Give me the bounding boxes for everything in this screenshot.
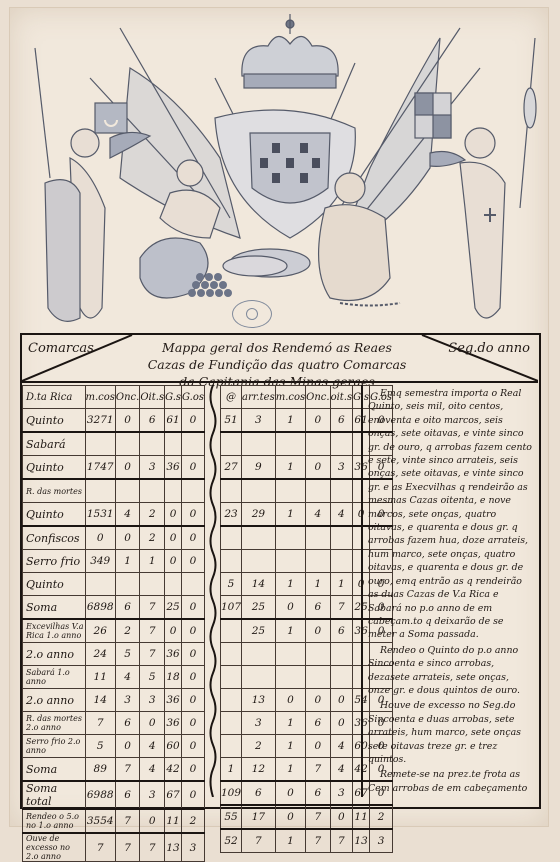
row-label: Soma [23,758,86,782]
table-cell [242,666,276,689]
col-header: G.s [165,386,182,409]
table-row: Quinto174703360 [23,456,205,480]
table-cell [165,479,182,503]
ornamental-brace [206,385,220,797]
table-cell: 7 [330,596,353,620]
row-label: Quinto [23,409,86,433]
table-cell: 42 [165,758,182,782]
table-cell: 51 [221,409,242,433]
library-stamp [232,300,272,328]
table-cell: 0 [182,758,205,782]
table-cell: 7 [306,805,330,829]
table-cell [182,479,205,503]
table-cell: 5 [221,573,242,596]
left-ledger-table: D.ta Rica m.cos Onc. Oit.s G.s G.os Quin… [22,385,205,834]
table-cell: 6 [306,596,330,620]
row-label: 2.o anno [23,689,86,712]
table-cell: 1 [115,550,139,573]
crown-icon [242,14,338,88]
table-cell: 3 [140,781,165,809]
table-cell: 0 [182,409,205,433]
table-row: 2.o anno1433360 [23,689,205,712]
table-cell [306,666,330,689]
table-cell: 0 [182,526,205,550]
column-divider [361,385,363,797]
col-header: G.os [182,386,205,409]
table-row: Serro frio 2.o anno504600 [23,735,205,758]
table-cell: 7 [140,619,165,643]
col-header: arr.tes [242,386,276,409]
table-cell: 6 [306,712,330,735]
table-cell: 4 [306,503,330,527]
table-cell: 6 [115,712,139,735]
table-cell [275,550,305,573]
table-cell: 13 [353,829,370,834]
table-cell [221,526,242,550]
table-cell: 61 [165,409,182,433]
table-cell: 0 [182,781,205,809]
table-cell: 6 [330,619,353,643]
table-cell: 36 [165,712,182,735]
table-row: Soma total698863670 [23,781,205,809]
row-label: 2.o anno [23,643,86,666]
table-cell: 0 [140,712,165,735]
table-cell: 0 [182,456,205,480]
table-cell: 4 [115,503,139,527]
table-cell: 5 [140,666,165,689]
table-cell [140,479,165,503]
table-cell: 0 [330,689,353,712]
table-cell: 12 [242,758,276,782]
table-cell: 7 [306,829,330,834]
table-cell [85,432,115,456]
table-row: Sabará 1.o anno1145180 [23,666,205,689]
table-cell: 109 [221,781,242,805]
col-header: m.cos [85,386,115,409]
table-cell [330,666,353,689]
table-row: Rendeo o 5.o no 1.o anno355470112 [23,809,205,833]
table-cell: 6 [115,781,139,809]
note-paragraph: Emq semestra importa o Real Quinto, seis… [368,387,532,642]
table-cell: 1 [306,573,330,596]
table-cell [330,643,353,666]
table-cell: 1 [275,573,305,596]
table-cell: 0 [182,596,205,620]
table-cell: 0 [140,809,165,833]
table-cell: 27 [221,456,242,480]
table-cell: 2 [242,735,276,758]
table-cell: 26 [85,619,115,643]
table-cell [85,573,115,596]
table-cell [242,526,276,550]
table-cell [330,526,353,550]
table-cell: 36 [165,643,182,666]
table-cell: 349 [85,550,115,573]
table-cell: 3 [140,689,165,712]
table-cell [221,666,242,689]
notes-column: Emq semestra importa o Real Quinto, seis… [366,385,534,797]
table-cell: 0 [165,526,182,550]
table-cell: 1 [275,735,305,758]
table-row: 527177133 [221,829,393,834]
table-cell: 29 [242,503,276,527]
putto-right [430,38,536,318]
table-cell [221,643,242,666]
table-cell: 1 [140,550,165,573]
table-cell: 2 [140,503,165,527]
table-cell [275,643,305,666]
table-cell: 0 [115,526,139,550]
table-cell [221,689,242,712]
table-cell [115,479,139,503]
table-cell: 1 [275,456,305,480]
row-label: Quinto [23,456,86,480]
table-cell: 55 [221,805,242,829]
table-cell: 0 [182,735,205,758]
table-cell: 7 [330,829,353,834]
table-cell: 0 [115,409,139,433]
table-cell: 2 [182,809,205,833]
row-label: R. das mortes [23,479,86,503]
table-cell: 7 [306,758,330,782]
row-label: Confiscos [23,526,86,550]
table-cell [306,479,330,503]
col-header: Onc. [115,386,139,409]
table-cell: 3554 [85,809,115,833]
table-cell: 6 [242,781,276,805]
table-cell: 67 [165,781,182,809]
table-cell: 6988 [85,781,115,809]
table-cell: 60 [165,735,182,758]
table-row: Confiscos00200 [23,526,205,550]
table-cell: 2 [140,526,165,550]
comarcas-label: Comarcas [28,341,94,356]
row-label: R. das mortes 2.o anno [23,712,86,735]
table-cell: 17 [242,805,276,829]
table-cell: 3 [370,829,393,834]
table-cell: 1 [275,758,305,782]
table-cell: 0 [115,735,139,758]
table-cell: 1 [275,829,305,834]
table-cell: 1 [275,409,305,433]
note-paragraph: Rendeo o Quinto do p.o anno Sincoenta e … [368,644,532,698]
table-cell: 14 [85,689,115,712]
table-cell: 3271 [85,409,115,433]
table-row: Quinto [23,573,205,596]
row-label: Soma total [23,781,86,809]
row-label: Serro frio [23,550,86,573]
row-label: Rendeo o 5.o no 1.o anno [23,809,86,833]
table-cell: 7 [115,758,139,782]
table-cell: 13 [242,689,276,712]
table-cell [242,643,276,666]
table-cell: 1 [330,573,353,596]
table-cell [85,479,115,503]
table-cell: 4 [330,735,353,758]
table-cell: 0 [275,689,305,712]
table-cell [306,432,330,456]
table-cell [182,432,205,456]
col-header: Oit.s [140,386,165,409]
col-header: @ [221,386,242,409]
table-cell [221,479,242,503]
table-cell: 4 [330,758,353,782]
table-cell: 3 [330,781,353,805]
table-cell [275,666,305,689]
table-cell: 3 [330,456,353,480]
table-cell [221,712,242,735]
table-cell: 0 [182,619,205,643]
table-cell: 0 [330,805,353,829]
table-cell [165,573,182,596]
table-row: Soma689867250 [23,596,205,620]
table-row: Soma8974420 [23,758,205,782]
table-cell: 52 [221,829,242,834]
row-label: Soma [23,596,86,620]
table-cell: 1 [221,758,242,782]
table-row: R. das mortes 2.o anno760360 [23,712,205,735]
table-row: 5517070112 [221,805,393,829]
table-cell [221,619,242,643]
table-cell: 2 [115,619,139,643]
row-label: Sabará 1.o anno [23,666,86,689]
table-cell: 0 [275,805,305,829]
table-cell [182,573,205,596]
col-header: m.cos [275,386,305,409]
table-cell: 1 [275,712,305,735]
table-cell [275,432,305,456]
table-row: R. das mortes [23,479,205,503]
table-cell: 0 [275,781,305,805]
row-label: Quinto [23,573,86,596]
table-cell: 23 [221,503,242,527]
table-cell: 3 [140,456,165,480]
table-cell [242,432,276,456]
table-cell: 7 [242,829,276,834]
table-cell [115,573,139,596]
table-cell: 89 [85,758,115,782]
table-cell: 7 [140,596,165,620]
table-cell: 0 [275,596,305,620]
table-cell: 0 [165,619,182,643]
table-cell: 0 [85,526,115,550]
chain-icon [340,303,400,306]
row-label: Sabará [23,432,86,456]
row-label: Excevilhas V.a Rica 1.o anno [23,619,86,643]
table-cell: 36 [165,456,182,480]
table-cell: 0 [182,503,205,527]
year-label: Seg.do anno [448,341,530,356]
table-cell: 0 [306,689,330,712]
table-cell [242,479,276,503]
table-cell: 14 [242,573,276,596]
table-cell: 1531 [85,503,115,527]
table-cell [242,550,276,573]
table-cell: 7 [85,712,115,735]
table-cell: 3 [242,712,276,735]
table-cell: 6898 [85,596,115,620]
col-header: Onc. [306,386,330,409]
table-cell: 25 [242,596,276,620]
table-cell: 6 [140,409,165,433]
table-cell: 7 [140,643,165,666]
table-cell: 5 [115,643,139,666]
table-cell: 0 [306,735,330,758]
table-row: Serro frio3491100 [23,550,205,573]
table-cell: 9 [242,456,276,480]
table-cell [140,573,165,596]
table-cell [275,479,305,503]
table-cell: 107 [221,596,242,620]
table-cell: 24 [85,643,115,666]
table-cell: 0 [182,689,205,712]
table-cell: 4 [330,503,353,527]
table-row: 2.o anno2457360 [23,643,205,666]
table-cell: 1747 [85,456,115,480]
table-cell: 6 [330,409,353,433]
note-paragraph: Houve de excesso no Seg.do Sincoenta e d… [368,699,532,766]
table-cell [115,432,139,456]
table-cell [275,526,305,550]
table-cell: 4 [115,666,139,689]
table-cell: 0 [182,712,205,735]
table-cell: 0 [182,643,205,666]
table-cell: 36 [165,689,182,712]
table-cell: 11 [353,805,370,829]
table-cell [330,479,353,503]
note-paragraph: Remete-se na prez.te frota as Cem arroba… [368,768,532,795]
table-cell [330,550,353,573]
table-cell: 0 [165,503,182,527]
document-title: Mappa geral dos Rendemó as Reaes Cazas d… [142,339,412,390]
table-cell [330,432,353,456]
table-cell: 1 [275,503,305,527]
table-cell: 0 [330,712,353,735]
table-cell [165,432,182,456]
table-cell [306,526,330,550]
table-cell: 11 [85,666,115,689]
table-cell: 0 [182,550,205,573]
table-row: Sabará [23,432,205,456]
table-row: Quinto327106610 [23,409,205,433]
table-cell [221,550,242,573]
title-bar: Comarcas Mappa geral dos Rendemó as Reae… [22,335,538,383]
col-header: oit.s [330,386,353,409]
table-cell: 25 [165,596,182,620]
table-cell: 0 [306,456,330,480]
crescent-flag-icon [95,103,127,133]
table-cell: 6 [115,596,139,620]
allegorical-illustration [10,8,548,333]
table-cell: 4 [140,758,165,782]
table-cell: 0 [306,409,330,433]
table-cell: 5 [85,735,115,758]
table-row: Quinto15314200 [23,503,205,527]
ledger-frame: Comarcas Mappa geral dos Rendemó as Reae… [20,333,541,809]
table-cell: 7 [115,809,139,833]
table-cell [306,643,330,666]
table-cell: 3 [242,409,276,433]
table-cell [221,432,242,456]
table-cell [306,550,330,573]
table-cell: 0 [115,456,139,480]
col-header: D.ta Rica [23,386,86,409]
table-cell: 6 [306,781,330,805]
table-cell: 25 [242,619,276,643]
table-cell: 1 [275,619,305,643]
table-cell [221,735,242,758]
table-cell: 4 [140,735,165,758]
mask-shield-icon [45,180,80,322]
table-cell: 11 [165,809,182,833]
table-row: Excevilhas V.a Rica 1.o anno262700 [23,619,205,643]
table-cell [140,432,165,456]
table-cell: 0 [165,550,182,573]
table-cell: 3 [115,689,139,712]
table-cell: 0 [182,666,205,689]
row-label: Serro frio 2.o anno [23,735,86,758]
table-cell: 0 [306,619,330,643]
row-label: Quinto [23,503,86,527]
table-cell: 18 [165,666,182,689]
table-cell: 2 [370,805,393,829]
